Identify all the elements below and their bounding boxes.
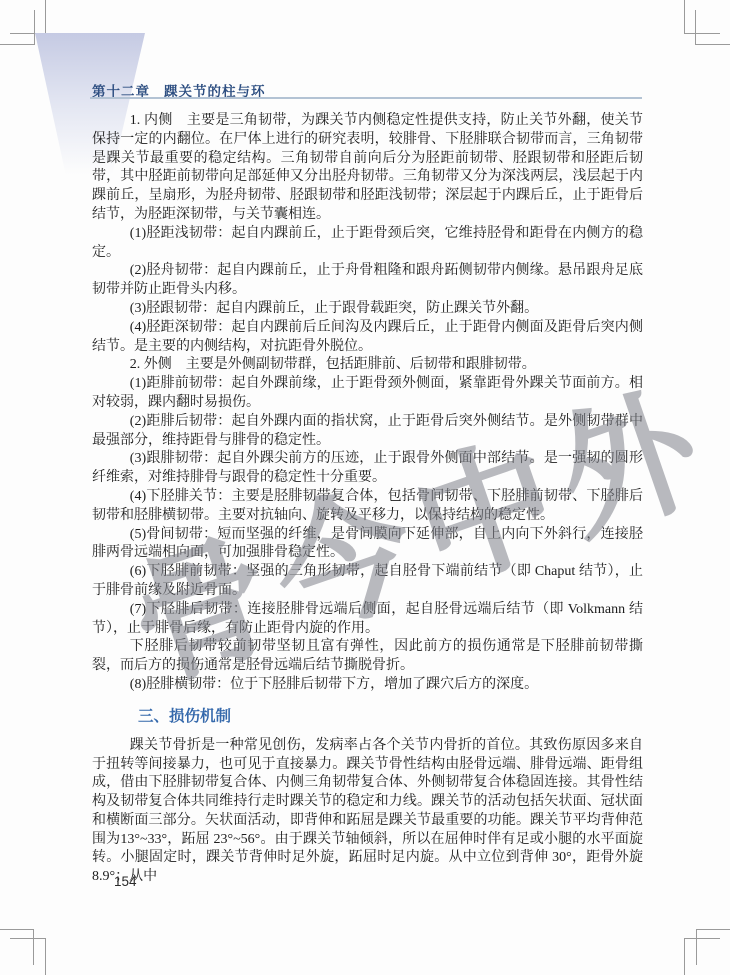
crop-mark-top-right-outer — [684, 0, 720, 34]
body-text: 1. 内侧 主要是三角韧带，为踝关节内侧稳定性提供支持，防止关节外翻，使关节保持… — [92, 112, 643, 887]
body-paragraph: (4)胫距深韧带：起自内踝前后丘间沟及内踝后丘，止于距骨内侧面及距骨后突内侧结节… — [92, 319, 643, 357]
crop-mark-top-right-inner — [695, 10, 730, 45]
body-paragraph: (6)下胫腓前韧带：坚强的三角形韧带，起自胫骨下端前结节（即 Chaput 结节… — [92, 563, 643, 601]
body-paragraph: (2)距腓后韧带：起自外踝内面的指状窝，止于距骨后突外侧结节。是外侧韧带群中最强… — [92, 413, 643, 451]
body-paragraph: 下胫腓后韧带较前韧带坚韧且富有弹性，因此前方的损伤通常是下胫腓前韧带撕裂，而后方… — [92, 638, 643, 676]
crop-mark-bottom-right-inner — [696, 929, 730, 965]
body-paragraph: (1)胫距浅韧带：起自内踝前丘，止于距骨颈后突，它维持胫骨和距骨在内侧方的稳定。 — [92, 225, 643, 263]
body-paragraph: (3)胫跟韧带：起自内踝前丘，止于跟骨载距突，防止踝关节外翻。 — [92, 300, 643, 319]
crop-mark-top-left-outer — [10, 0, 46, 34]
crop-mark-bottom-left-outer — [10, 938, 46, 975]
body-paragraph: (2)胫舟韧带：起自内踝前丘，止于舟骨粗隆和跟舟跖侧韧带内侧缘。悬吊跟舟足底韧带… — [92, 262, 643, 300]
body-paragraph: (1)距腓前韧带：起自外踝前缘，止于距骨颈外侧面，紧靠距骨外踝关节面前方。相对较… — [92, 375, 643, 413]
body-paragraph: (3)跟腓韧带：起自外踝尖前方的压迹，止于跟骨外侧面中部结节。是一强韧的圆形纤维… — [92, 450, 643, 488]
body-paragraph: 2. 外侧 主要是外侧副韧带群，包括距腓前、后韧带和跟腓韧带。 — [92, 356, 643, 375]
section-heading: 三、损伤机制 — [138, 707, 643, 727]
body-paragraph: 1. 内侧 主要是三角韧带，为踝关节内侧稳定性提供支持，防止关节外翻，使关节保持… — [92, 112, 643, 225]
body-paragraph: 踝关节骨折是一种常见创伤，发病率占各个关节内骨折的首位。其致伤原因多来自于扭转等… — [92, 737, 643, 887]
body-paragraph: (8)胫腓横韧带：位于下胫腓后韧带下方，增加了踝穴后方的深度。 — [92, 676, 643, 695]
body-paragraph: (4)下胫腓关节：主要是胫腓韧带复合体，包括骨间韧带、下胫腓前韧带、下胫腓后韧带… — [92, 488, 643, 526]
crop-mark-bottom-right-outer — [684, 938, 720, 975]
page-number: 154 — [114, 874, 137, 889]
crop-mark-bottom-left-inner — [0, 929, 34, 965]
crop-mark-top-left-inner — [0, 10, 35, 45]
body-paragraph: (7)下胫腓后韧带：连接胫腓骨远端后侧面，起自胫骨远端后结节（即 Volkman… — [92, 601, 643, 639]
body-paragraph: (5)骨间韧带：短而坚强的纤维，是骨间膜向下延伸部，自上内向下外斜行，连接胫腓两… — [92, 526, 643, 564]
header-rule — [90, 97, 642, 99]
